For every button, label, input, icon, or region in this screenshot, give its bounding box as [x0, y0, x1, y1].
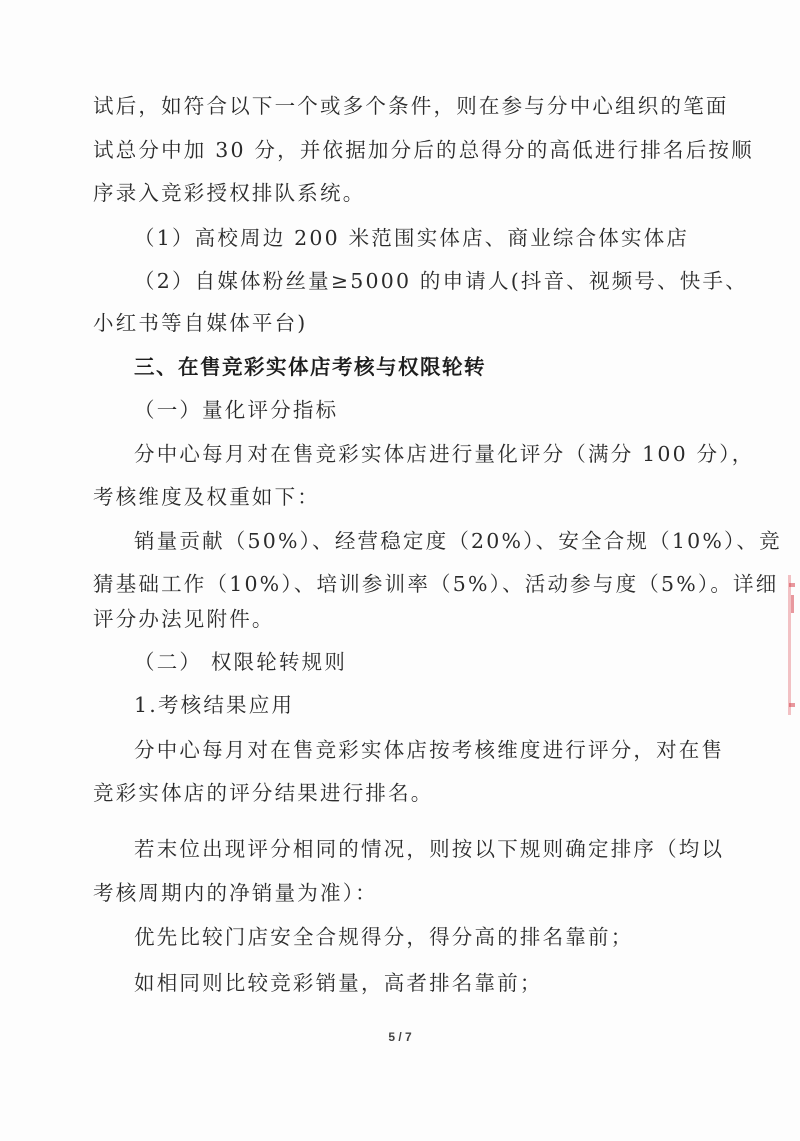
- paragraph-line: 分中心每月对在售竞彩实体店按考核维度进行评分，对在售: [134, 737, 774, 763]
- document-page: 试后，如符合以下一个或多个条件，则在参与分中心组织的笔面 试总分中加 30 分，…: [0, 0, 800, 1141]
- seal-mark: [791, 595, 794, 613]
- paragraph-line: 试后，如符合以下一个或多个条件，则在参与分中心组织的笔面: [93, 93, 733, 119]
- paragraph-line: 试总分中加 30 分，并依据加分后的总得分的高低进行排名后按顺: [93, 137, 733, 163]
- seal-mark: [789, 703, 795, 707]
- paragraph-line: 小红书等自媒体平台): [93, 310, 733, 336]
- paragraph-line: 评分办法见附件。: [93, 606, 733, 632]
- paragraph-line: 分中心每月对在售竞彩实体店进行量化评分（满分 100 分），: [134, 441, 774, 467]
- paragraph-line: 若末位出现评分相同的情况，则按以下规则确定排序（均以: [134, 836, 774, 862]
- seal-stamp-edge: [788, 575, 800, 715]
- rule-item: 优先比较门店安全合规得分，得分高的排名靠前；: [134, 924, 774, 950]
- subsection-heading: （一）量化评分指标: [134, 397, 774, 423]
- item-heading: 1.考核结果应用: [134, 692, 774, 718]
- paragraph-line: 销量贡献（50%）、经营稳定度（20%）、安全合规（10%）、竞: [134, 528, 774, 554]
- seal-mark: [789, 583, 795, 587]
- paragraph-line: 竞彩实体店的评分结果进行排名。: [93, 780, 733, 806]
- rule-item: 如相同则比较竞彩销量，高者排名靠前；: [134, 970, 774, 996]
- paragraph-line: 猜基础工作（10%）、培训参训率（5%）、活动参与度（5%）。详细: [93, 571, 733, 597]
- paragraph-line: 序录入竞彩授权排队系统。: [93, 180, 733, 206]
- section-heading: 三、在售竞彩实体店考核与权限轮转: [134, 354, 774, 380]
- condition-item-1: （1）高校周边 200 米范围实体店、商业综合体实体店: [134, 225, 774, 251]
- paragraph-line: 考核周期内的净销量为准）：: [93, 880, 733, 906]
- page-number: 5 / 7: [0, 1030, 800, 1044]
- condition-item-2: （2）自媒体粉丝量≥5000 的申请人(抖音、视频号、快手、: [134, 268, 774, 294]
- subsection-heading: （二） 权限轮转规则: [134, 649, 774, 675]
- paragraph-line: 考核维度及权重如下：: [93, 484, 733, 510]
